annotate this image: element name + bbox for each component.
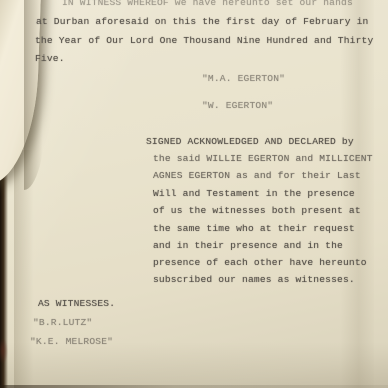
opening-line: at Durban aforesaid on this the first da… xyxy=(36,16,368,27)
attestation-line: SIGNED ACKNOWLEDGED AND DECLARED by xyxy=(146,136,354,147)
attestation-line: and in their presence and in the xyxy=(153,240,343,251)
testator-signature: "M.A. EGERTON" xyxy=(202,73,285,84)
attestation-line: AGNES EGERTON as and for their Last xyxy=(153,170,361,181)
opening-line: IN WITNESS WHEREOF we have hereunto set … xyxy=(62,0,353,8)
attestation-line: presence of each other have hereunto xyxy=(153,257,367,268)
opening-line: Five. xyxy=(35,53,65,64)
curled-corner-shadow xyxy=(24,0,46,190)
paper-bottom-shading xyxy=(0,342,388,388)
attestation-line: the same time who at their request xyxy=(153,223,355,234)
ink-smudge xyxy=(0,338,8,364)
opening-line: the Year of Our Lord One Thousand Nine H… xyxy=(35,35,373,46)
witness-signature: "B.R.LUTZ" xyxy=(33,317,92,328)
attestation-line: the said WILLIE EGERTON and MILLICENT xyxy=(153,153,373,164)
document-scan: IN WITNESS WHEREOF we have hereunto set … xyxy=(0,0,388,388)
witnesses-heading: AS WITNESSES. xyxy=(38,298,115,309)
testator-signature: "W. EGERTON" xyxy=(202,100,273,111)
attestation-line: Will and Testament in the presence xyxy=(153,188,355,199)
witness-signature: "K.E. MELROSE" xyxy=(30,336,113,347)
attestation-line: of us the witnesses both present at xyxy=(153,205,361,216)
attestation-line: subscribed our names as witnesses. xyxy=(153,274,355,285)
